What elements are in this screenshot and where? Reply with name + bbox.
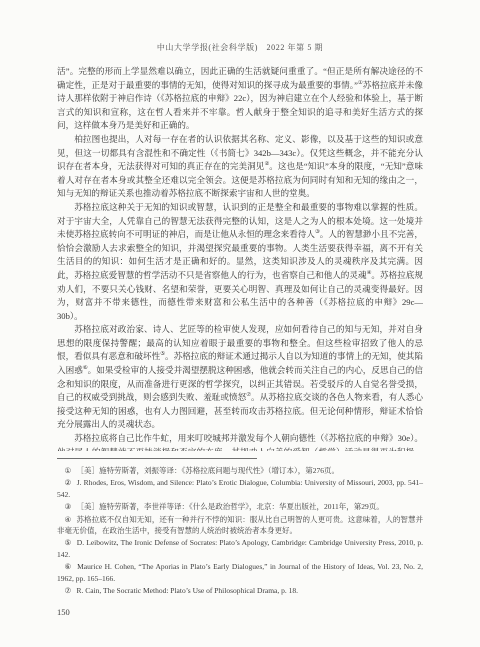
page-number: 150 <box>57 607 70 617</box>
footnote-text: 苏格拉底不仅自知无知，还有一种并行不悖的知识：服从比自己明智的人更可贵。这意味着… <box>57 515 423 535</box>
footnote-item: ①［美］施特劳斯著，刘振等译：《苏格拉底问题与现代性》（增订本），第276页。 <box>57 465 423 476</box>
footnotes: ①［美］施特劳斯著，刘振等译：《苏格拉底问题与现代性》（增订本），第276页。②… <box>57 465 423 596</box>
footnote-marker: ④ <box>65 515 72 524</box>
footnote-text: Maurice H. Cohen, “The Aporias in Plato’… <box>57 562 423 582</box>
footnote-ref: ⑦ <box>246 392 251 398</box>
footnote-text: ［美］施特劳斯著，李世祥等译：《什么是政治哲学》，北京：华夏出版社，2011年，… <box>76 502 383 511</box>
footnote-ref: ⑥ <box>83 365 88 371</box>
journal-header: 中山大学学报(社会科学版) 2022 年第 5 期 <box>57 42 423 53</box>
footnote-ref: ① <box>358 80 363 86</box>
footnote-separator <box>57 458 257 459</box>
footnote-ref: ⑤ <box>160 352 165 358</box>
footnote-ref: ④ <box>367 270 372 276</box>
footnote-ref: ② <box>264 161 269 167</box>
footnote-marker: ③ <box>65 502 72 511</box>
footnote-item: ④苏格拉底不仅自知无知，还有一种并行不悖的知识：服从比自己明智的人更可贵。这意味… <box>57 514 423 537</box>
footnote-marker: ⑥ <box>65 562 72 571</box>
footnote-text: J. Rhodes, Eros, Wisdom, and Silence: Pl… <box>57 478 423 498</box>
footnote-marker: ⑦ <box>65 586 72 595</box>
footnote-item: ②J. Rhodes, Eros, Wisdom, and Silence: P… <box>57 477 423 500</box>
footnote-text: ［美］施特劳斯著，刘振等译：《苏格拉底问题与现代性》（增订本），第276页。 <box>76 466 339 475</box>
paragraph: 苏格拉底对政治家、诗人、艺匠等的检审使人发现，应如何看待自己的知与无知，并对自身… <box>57 323 423 432</box>
footnote-item: ⑤D. Leibowitz, The Ironic Defense of Soc… <box>57 537 423 560</box>
paragraph: 苏格拉底这种关于无知的知识或智慧，认识到的正是整全和最重要的事物难以掌握的性质。… <box>57 201 423 323</box>
body-text: 活”。完整的形而上学显然难以确立，因此正确的生活就疑问重重了。“但正是所有解决途… <box>57 65 423 451</box>
paragraph: 苏格拉底将自己比作牛虻，用来叮咬城邦并激发每个人朝向德性（《苏格拉底的申辩》30… <box>57 432 423 451</box>
footnote-item: ⑥Maurice H. Cohen, “The Aporias in Plato… <box>57 561 423 584</box>
footnote-marker: ① <box>65 466 72 475</box>
footnote-text: D. Leibowitz, The Ironic Defense of Socr… <box>57 538 423 558</box>
footnote-marker: ⑤ <box>65 538 72 547</box>
footnote-item: ⑦R. Cain, The Socratic Method: Plato’s U… <box>57 585 423 596</box>
footnote-marker: ② <box>65 478 72 487</box>
footnote-item: ③［美］施特劳斯著，李世祥等译：《什么是政治哲学》，北京：华夏出版社，2011年… <box>57 501 423 512</box>
footnote-ref: ③ <box>315 229 320 235</box>
footnote-text: R. Cain, The Socratic Method: Plato’s Us… <box>76 586 298 595</box>
paragraph: 活”。完整的形而上学显然难以确立，因此正确的生活就疑问重重了。“但正是所有解决途… <box>57 65 423 133</box>
paragraph: 柏拉图也提出，人对每一存在者的认识依据其名称、定义、影像，以及基于这些的知识或意… <box>57 133 423 201</box>
scanned-paper-page: 中山大学学报(社会科学版) 2022 年第 5 期 活”。完整的形而上学显然难以… <box>0 0 480 647</box>
